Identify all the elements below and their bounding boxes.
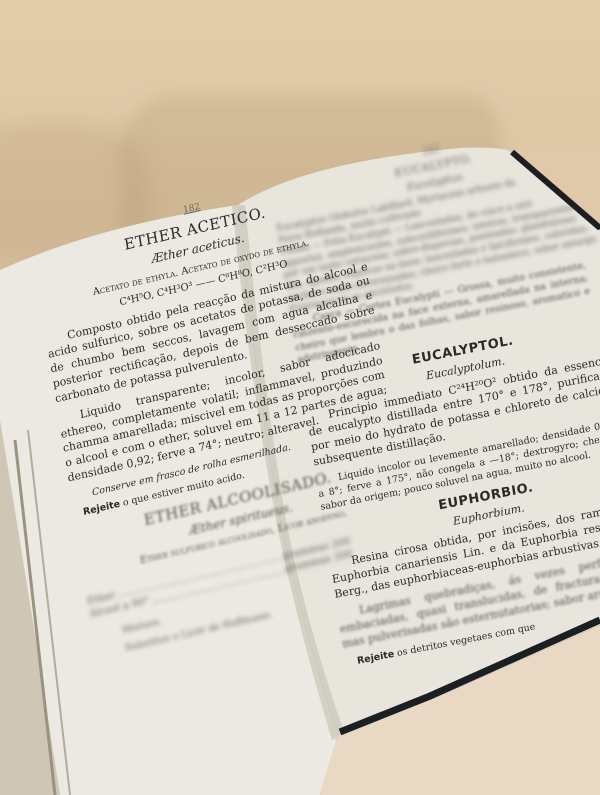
reject-label: Rejeite [356, 649, 395, 667]
